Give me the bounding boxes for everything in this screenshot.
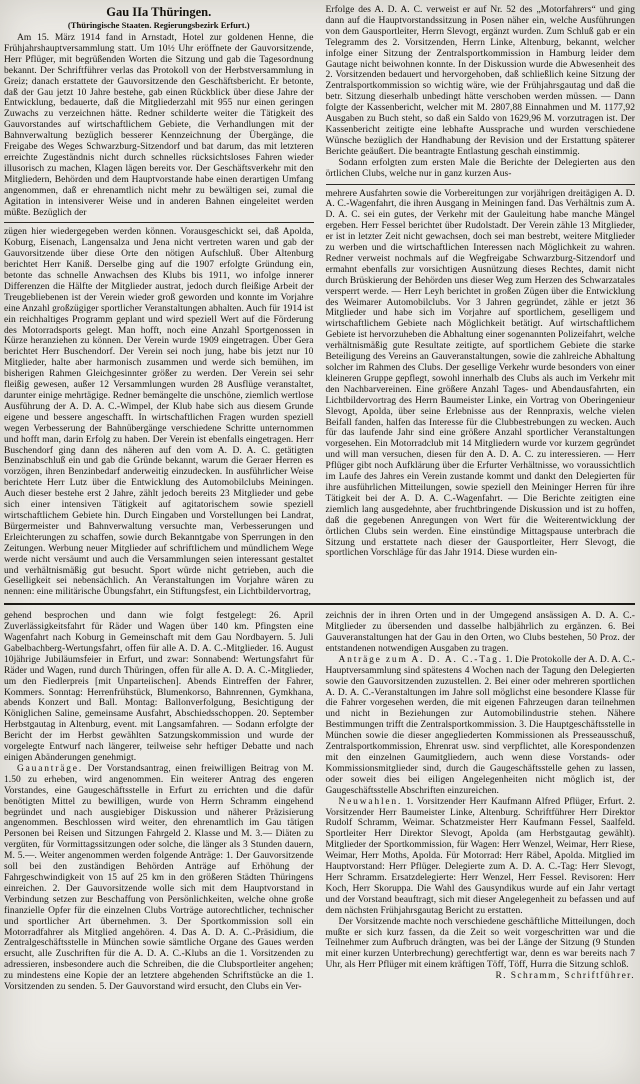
column-rule-right bbox=[326, 184, 636, 185]
gauantraege-heading: Gauanträge. bbox=[17, 764, 83, 774]
top-left-column: Gau IIa Thüringen. (Thüringische Staaten… bbox=[4, 5, 314, 598]
antraege-adac-tag-text: 1. Die Protokolle der A. D. A. C.-Hauptv… bbox=[326, 655, 636, 796]
neuwahlen-heading: Neuwahlen. bbox=[339, 797, 403, 807]
column-rule-left bbox=[4, 222, 314, 223]
paragraph-left-bottom-1: gehend besprochen und dann wie folgt fes… bbox=[4, 611, 314, 764]
paragraph-left-top: Am 15. März 1914 fand in Arnstadt, Hotel… bbox=[4, 33, 314, 218]
paragraph-left-middle: zügen hier wiedergegeben werden können. … bbox=[4, 227, 314, 598]
paragraph-neuwahlen: Neuwahlen. 1. Vorsitzender Herr Kaufmann… bbox=[326, 797, 636, 917]
article-title: Gau IIa Thüringen. bbox=[4, 5, 314, 19]
top-section: Gau IIa Thüringen. (Thüringische Staaten… bbox=[4, 5, 635, 598]
paragraph-right-top-2: Sodann erfolgten zum ersten Male die Ber… bbox=[326, 158, 636, 180]
neuwahlen-text: 1. Vorsitzender Herr Kaufmann Alfred Pfl… bbox=[326, 797, 636, 916]
paragraph-gauantraege: Gauanträge. Der Vorstandsantrag, einen f… bbox=[4, 764, 314, 993]
paragraph-right-top: Erfolge des A. D. A. C. verweist er auf … bbox=[326, 5, 636, 158]
gauantraege-text: Der Vorstandsantrag, einen freiwilligen … bbox=[4, 764, 314, 992]
signature: R. Schramm, Schriftführer. bbox=[482, 971, 635, 982]
bottom-right-column: zeichnis der in ihren Orten und in der U… bbox=[326, 611, 636, 982]
bottom-section: gehend besprochen und dann wie folgt fes… bbox=[4, 611, 635, 993]
article-subtitle: (Thüringische Staaten. Regierungsbezirk … bbox=[4, 20, 314, 30]
section-divider bbox=[4, 603, 635, 605]
bottom-left-column: gehend besprochen und dann wie folgt fes… bbox=[4, 611, 314, 993]
paragraph-right-middle: mehrere Ausfahrten sowie die Vorbereitun… bbox=[326, 189, 636, 560]
closing-text: Der Vorsitzende machte noch verschiedene… bbox=[326, 917, 636, 971]
top-right-column: Erfolge des A. D. A. C. verweist er auf … bbox=[326, 5, 636, 559]
paragraph-right-bottom-1: zeichnis der in ihren Orten und in der U… bbox=[326, 611, 636, 655]
antraege-adac-tag-heading: Anträge zum A. D. A. C.-Tag. bbox=[339, 655, 503, 665]
paragraph-antraege-adac-tag: Anträge zum A. D. A. C.-Tag. 1. Die Prot… bbox=[326, 655, 636, 797]
scanned-article-page: Gau IIa Thüringen. (Thüringische Staaten… bbox=[0, 0, 640, 1084]
paragraph-closing: Der Vorsitzende machte noch verschiedene… bbox=[326, 917, 636, 982]
